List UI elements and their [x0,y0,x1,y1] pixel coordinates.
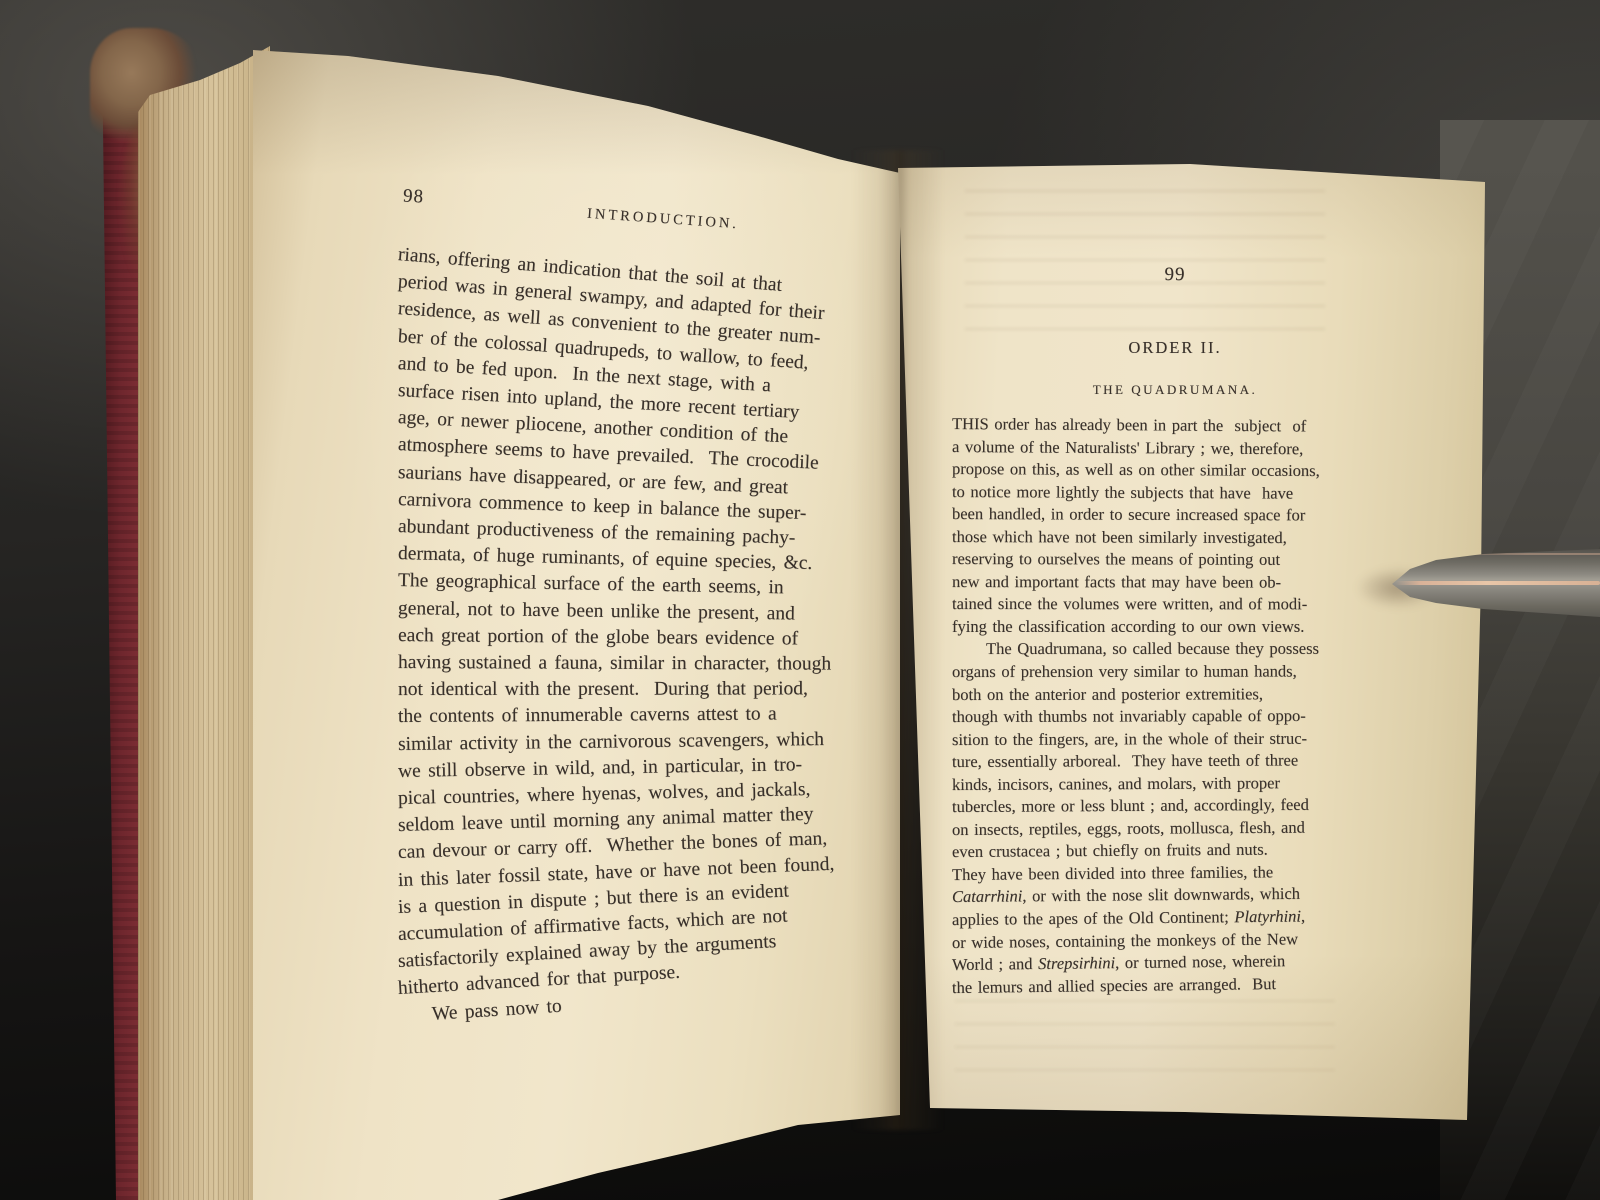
text-line: reserving to ourselves the means of poin… [952,548,1352,571]
show-through-text-top [965,190,1325,332]
text-line: tubercles, more or less blunt ; and, acc… [952,794,1352,819]
show-through-text-bottom [955,1000,1335,1092]
text-line: a volume of the Naturalists' Library ; w… [952,436,1352,461]
right-page-number: 99 [1145,264,1205,286]
text-line: those which have not been similarly inve… [952,526,1352,550]
text-line: organs of prehension very similar to hum… [952,660,1352,683]
text-line: kinds, incisors, canines, and molars, wi… [952,772,1352,797]
right-page: 99 ORDER II. THE QUADRUMANA. THIS order … [895,162,1487,1128]
text-line: the lemurs and allied species are arrang… [952,972,1352,999]
text-line: both on the anterior and posterior extre… [952,683,1352,706]
left-page: 98 INTRODUCTION. rians, offering an indi… [253,40,900,1200]
gutter-shadow [852,150,944,1130]
section-subheading: THE QUADRUMANA. [955,382,1395,398]
page-fore-edge-stack [138,42,270,1200]
running-header: INTRODUCTION. [403,193,923,246]
left-page-text: rians, offering an indication that the s… [398,241,866,1030]
section-heading: ORDER II. [955,338,1395,358]
photo-scene: 98 INTRODUCTION. rians, offering an indi… [0,0,1600,1200]
text-line: ture, essentially arboreal. They have te… [952,749,1352,773]
text-line: having sustained a fauna, similar in cha… [398,649,866,678]
text-line: even crustacea ; but chiefly on fruits a… [952,838,1352,864]
text-line: though with thumbs not invariably capabl… [952,705,1352,729]
text-line: new and important facts that may have be… [952,571,1352,594]
text-line: tained since the volumes were written, a… [952,593,1352,616]
right-page-text: THIS order has already been in part the … [952,413,1352,999]
text-line: The Quadrumana, so called because they p… [952,638,1352,661]
text-line: sition to the fingers, are, in the whole… [952,727,1352,751]
text-line: not identical with the present. During t… [398,676,866,704]
text-line: fying the classification according to ou… [952,616,1352,639]
text-line: propose on this, as well as on other sim… [952,458,1352,483]
text-line: to notice more lightly the subjects that… [952,481,1352,505]
text-line: THIS order has already been in part the … [952,413,1352,438]
text-line: been handled, in order to secure increas… [952,503,1352,527]
